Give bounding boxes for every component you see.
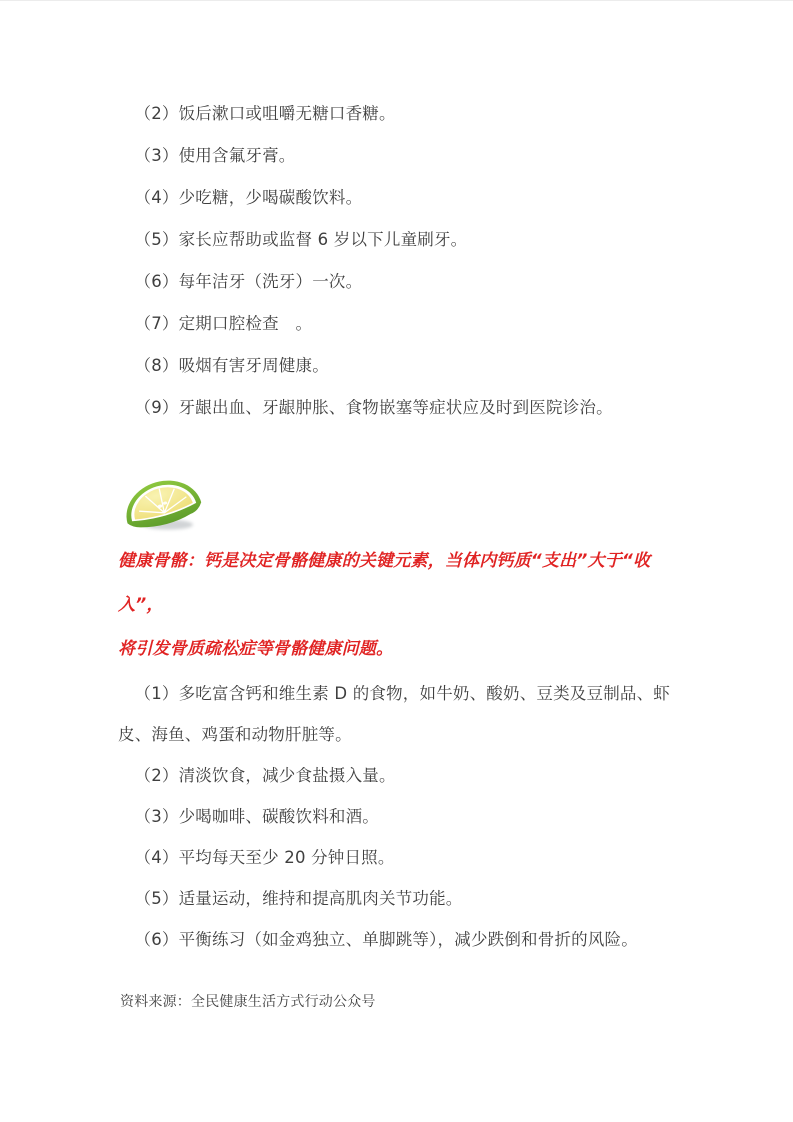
list-item: （5）适量运动，维持和提高肌肉关节功能。 xyxy=(118,878,684,919)
list-item: （8）吸烟有害牙周健康。 xyxy=(118,345,684,387)
list-item: （4）平均每天至少 20 分钟日照。 xyxy=(118,837,684,878)
dental-care-list: （2）饭后漱口或咀嚼无糖口香糖。 （3）使用含氟牙膏。 （4）少吃糖，少喝碳酸饮… xyxy=(118,93,684,429)
source-note: 资料来源：全民健康生活方式行动公众号 xyxy=(118,992,684,1012)
list-item: （4）少吃糖，少喝碳酸饮料。 xyxy=(118,177,684,219)
list-item: （2）饭后漱口或咀嚼无糖口香糖。 xyxy=(118,93,684,135)
list-item: （5）家长应帮助或监督 6 岁以下儿童刷牙。 xyxy=(118,219,684,261)
heading-line: 健康骨骼：钙是决定骨骼健康的关键元素，当体内钙质“支出”大于“收入”， xyxy=(118,539,684,627)
bone-health-list: （1）多吃富含钙和维生素 D 的食物，如牛奶、酸奶、豆类及豆制品、虾皮、海鱼、鸡… xyxy=(118,673,684,960)
lime-wedge-image xyxy=(120,473,206,533)
heading-line: 将引发骨质疏松症等骨骼健康问题。 xyxy=(118,627,684,671)
list-item: （7）定期口腔检查 。 xyxy=(118,303,684,345)
list-item: （3）少喝咖啡、碳酸饮料和酒。 xyxy=(118,796,684,837)
list-item: （9）牙龈出血、牙龈肿胀、食物嵌塞等症状应及时到医院诊治。 xyxy=(118,387,684,429)
list-item: （1）多吃富含钙和维生素 D 的食物，如牛奶、酸奶、豆类及豆制品、虾皮、海鱼、鸡… xyxy=(118,673,684,755)
bone-health-heading: 健康骨骼：钙是决定骨骼健康的关键元素，当体内钙质“支出”大于“收入”， 将引发骨… xyxy=(118,539,684,671)
page-content: （2）饭后漱口或咀嚼无糖口香糖。 （3）使用含氟牙膏。 （4）少吃糖，少喝碳酸饮… xyxy=(118,1,684,1012)
list-item: （6）平衡练习（如金鸡独立、单脚跳等），减少跌倒和骨折的风险。 xyxy=(118,919,684,960)
list-item: （3）使用含氟牙膏。 xyxy=(118,135,684,177)
list-item: （2）清淡饮食，减少食盐摄入量。 xyxy=(118,755,684,796)
document-page: （2）饭后漱口或咀嚼无糖口香糖。 （3）使用含氟牙膏。 （4）少吃糖，少喝碳酸饮… xyxy=(0,0,793,1122)
list-item: （6）每年洁牙（洗牙）一次。 xyxy=(118,261,684,303)
